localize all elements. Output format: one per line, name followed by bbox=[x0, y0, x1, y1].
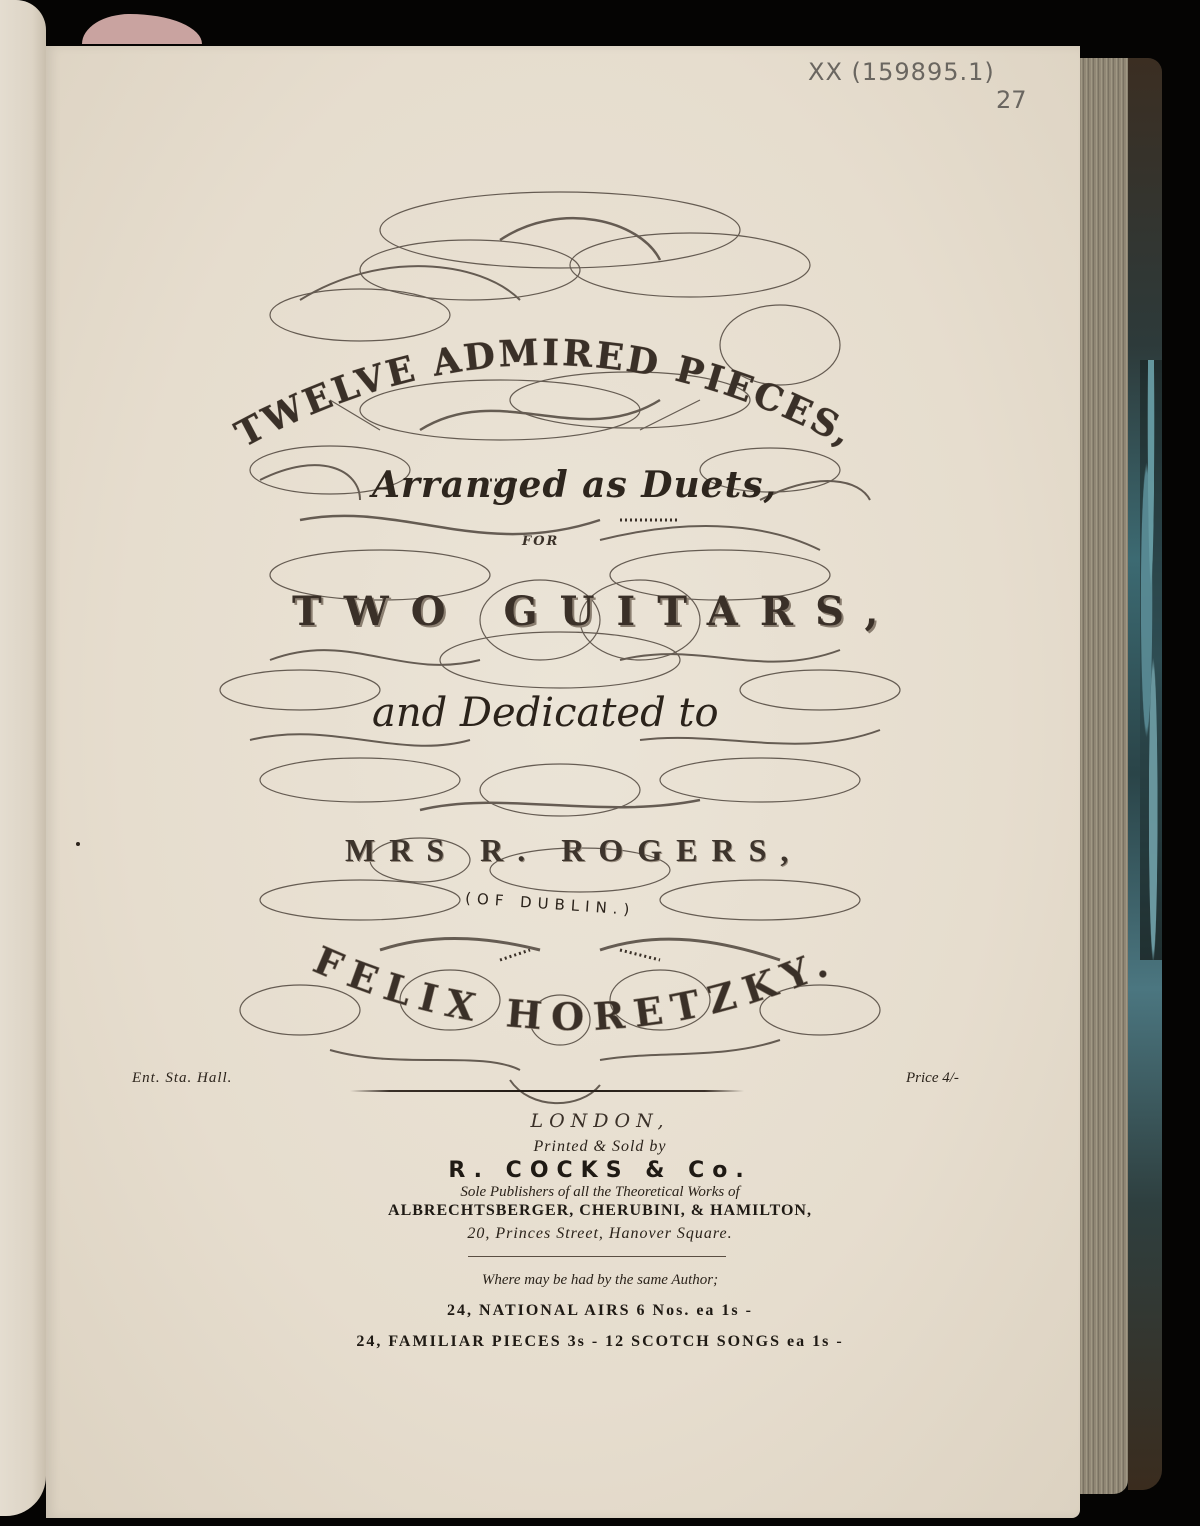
main-title: TWELVE ADMIRED PIECES, bbox=[230, 332, 860, 456]
divider-rule bbox=[350, 1090, 744, 1092]
imprint-sole-publishers: Sole Publishers of all the Theoretical W… bbox=[230, 1184, 970, 1201]
dedication-phrase: and Dedicated to bbox=[372, 690, 719, 736]
imprint-printed-sold: Printed & Sold by bbox=[230, 1138, 970, 1156]
imprint-composers: ALBRECHTSBERGER, CHERUBINI, & HAMILTON, bbox=[230, 1202, 970, 1220]
title-arched-text: TWELVE ADMIRED PIECES, bbox=[230, 320, 860, 460]
stationers-hall-entry: Ent. Sta. Hall. bbox=[132, 1070, 232, 1087]
imprint-publisher: R. COCKS & Co. bbox=[230, 1158, 970, 1183]
ink-speck bbox=[76, 842, 80, 846]
svg-text:TWELVE ADMIRED PIECES,: TWELVE ADMIRED PIECES, bbox=[230, 332, 860, 456]
folio-number: 27 bbox=[996, 86, 1027, 114]
subtitle-arranged-as-duets: Arranged as Duets, bbox=[372, 464, 777, 506]
composer-name: FELIX HORETZKY. bbox=[307, 940, 843, 1039]
imprint-address: 20, Princes Street, Hanover Square. bbox=[230, 1225, 970, 1243]
other-works-line-2: 24, FAMILIAR PIECES 3s - 12 SCOTCH SONGS… bbox=[230, 1333, 970, 1351]
dedicatee-name: MRS R. ROGERS, bbox=[345, 832, 802, 869]
instrumentation-title: TWO GUITARS, bbox=[292, 588, 900, 635]
other-works-heading: Where may be had by the same Author; bbox=[230, 1272, 970, 1289]
other-works-line-1: 24, NATIONAL AIRS 6 Nos. ea 1s - bbox=[230, 1302, 970, 1320]
imprint-city: LONDON, bbox=[230, 1110, 970, 1132]
calligraphic-flourishes bbox=[0, 0, 1200, 1526]
divider-rule-small bbox=[468, 1256, 726, 1257]
price-label: Price 4/- bbox=[906, 1070, 959, 1087]
for-label: FOR bbox=[522, 534, 559, 549]
svg-text:FELIX HORETZKY.: FELIX HORETZKY. bbox=[307, 940, 843, 1039]
composer-arched-text: FELIX HORETZKY. bbox=[250, 940, 900, 1070]
pencil-shelfmark: XX (159895.1) bbox=[808, 58, 995, 86]
